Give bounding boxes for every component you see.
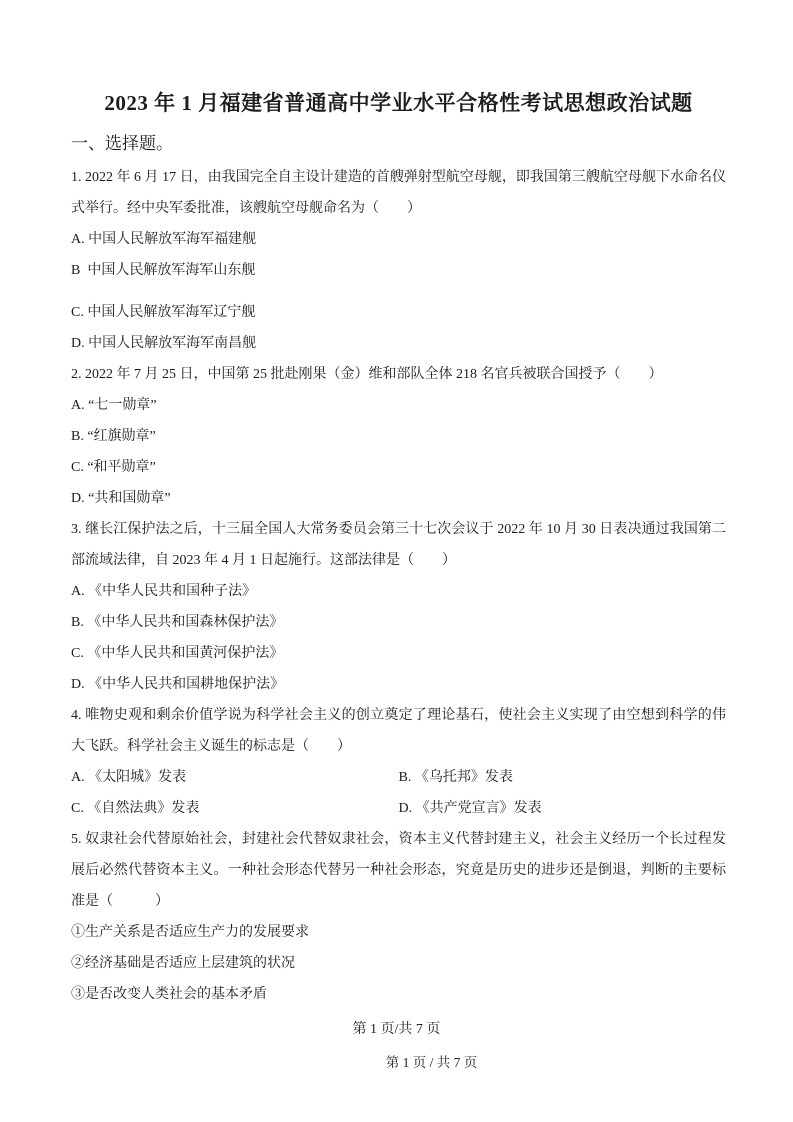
question-options: A. “七一勋章”B. “红旗勋章”C. “和平勋章”D. “共和国勋章” <box>71 390 726 514</box>
questions-container: 1. 2022 年 6 月 17 日，由我国完全自主设计建造的首艘弹射型航空母舰… <box>71 162 726 1010</box>
question-options: ①生产关系是否适应生产力的发展要求②经济基础是否适应上层建筑的状况③是否改变人类… <box>71 917 726 1010</box>
option-line: C. 中国人民解放军海军辽宁舰 <box>71 297 726 328</box>
option-line: A. “七一勋章” <box>71 390 726 421</box>
document-content: 2023 年 1 月福建省普通高中学业水平合格性考试思想政治试题 一、选择题。 … <box>71 0 726 1010</box>
question-block: 2. 2022 年 7 月 25 日，中国第 25 批赴刚果（金）维和部队全体 … <box>71 359 726 514</box>
page-number-footer: 第 1 页 / 共 7 页 <box>35 1054 793 1072</box>
question-stem: 3. 继长江保护法之后，十三届全国人大常务委员会第三十七次会议于 2022 年 … <box>71 514 726 576</box>
question-options: A. 《太阳城》发表B. 《乌托邦》发表C. 《自然法典》发表D. 《共产党宣言… <box>71 762 726 824</box>
option-line: D. 中国人民解放军海军南昌舰 <box>71 328 726 359</box>
option-line: D. 《共产党宣言》发表 <box>399 793 727 824</box>
option-line: C. 《自然法典》发表 <box>71 793 399 824</box>
option-line: C. “和平勋章” <box>71 452 726 483</box>
question-stem: 4. 唯物史观和剩余价值学说为科学社会主义的创立奠定了理论基石，使社会主义实现了… <box>71 700 726 762</box>
page-number-inline: 第 1 页/共 7 页 <box>0 1021 793 1039</box>
option-line: A. 中国人民解放军海军福建舰 <box>71 224 726 255</box>
page-title: 2023 年 1 月福建省普通高中学业水平合格性考试思想政治试题 <box>71 88 726 118</box>
option-line: B 中国人民解放军海军山东舰 <box>71 255 726 286</box>
question-options: A. 中国人民解放军海军福建舰B 中国人民解放军海军山东舰C. 中国人民解放军海… <box>71 224 726 359</box>
option-line: B. “红旗勋章” <box>71 421 726 452</box>
question-stem: 5. 奴隶社会代替原始社会，封建社会代替奴隶社会，资本主义代替封建主义，社会主义… <box>71 824 726 917</box>
option-line: B. 《乌托邦》发表 <box>399 762 727 793</box>
question-block: 5. 奴隶社会代替原始社会，封建社会代替奴隶社会，资本主义代替封建主义，社会主义… <box>71 824 726 1010</box>
option-line: A. 《中华人民共和国种子法》 <box>71 576 726 607</box>
option-line: D. 《中华人民共和国耕地保护法》 <box>71 669 726 700</box>
document-page: 2023 年 1 月福建省普通高中学业水平合格性考试思想政治试题 一、选择题。 … <box>0 0 793 1122</box>
question-stem: 1. 2022 年 6 月 17 日，由我国完全自主设计建造的首艘弹射型航空母舰… <box>71 162 726 224</box>
question-options: A. 《中华人民共和国种子法》B. 《中华人民共和国森林保护法》C. 《中华人民… <box>71 576 726 700</box>
statement-line: ①生产关系是否适应生产力的发展要求 <box>71 917 726 948</box>
statement-line: ②经济基础是否适应上层建筑的状况 <box>71 948 726 979</box>
option-line: D. “共和国勋章” <box>71 483 726 514</box>
question-block: 3. 继长江保护法之后，十三届全国人大常务委员会第三十七次会议于 2022 年 … <box>71 514 726 700</box>
statement-line: ③是否改变人类社会的基本矛盾 <box>71 979 726 1010</box>
question-block: 4. 唯物史观和剩余价值学说为科学社会主义的创立奠定了理论基石，使社会主义实现了… <box>71 700 726 824</box>
option-line: B. 《中华人民共和国森林保护法》 <box>71 607 726 638</box>
section-heading: 一、选择题。 <box>71 131 726 157</box>
option-line: A. 《太阳城》发表 <box>71 762 399 793</box>
question-block: 1. 2022 年 6 月 17 日，由我国完全自主设计建造的首艘弹射型航空母舰… <box>71 162 726 359</box>
option-line: C. 《中华人民共和国黄河保护法》 <box>71 638 726 669</box>
question-stem: 2. 2022 年 7 月 25 日，中国第 25 批赴刚果（金）维和部队全体 … <box>71 359 726 390</box>
